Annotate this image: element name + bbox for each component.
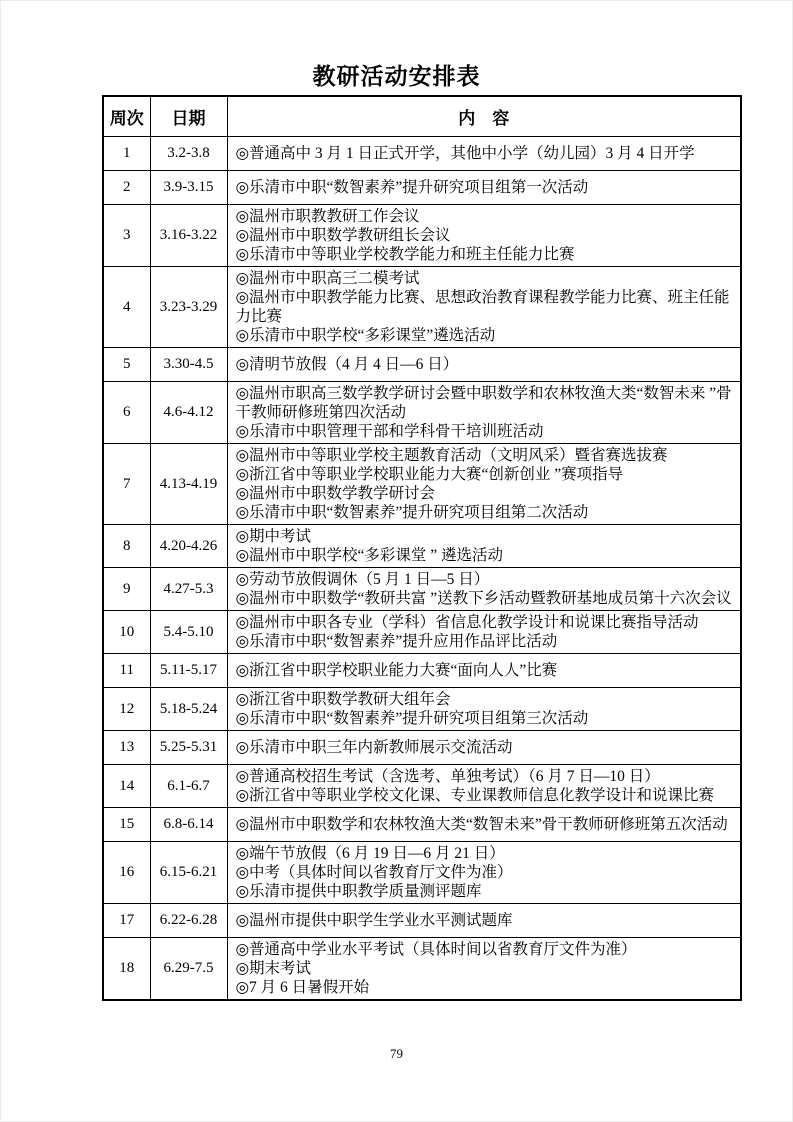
week-number-cell: 4 [103,267,150,348]
table-body: 1 3.2-3.8 ◎普通高中 3 月 1 日正式开学，其他中小学（幼儿园）3 … [103,137,741,1001]
content-cell: ◎温州市中职各专业（学科）省信息化教学设计和说课比赛指导活动◎乐清市中职“数智素… [227,611,741,654]
date-range-cell: 4.13-4.19 [150,444,227,525]
content-line: ◎浙江省中等职业学校职业能力大赛“创新创业 ”赛项指导 [236,465,735,484]
header-date: 日期 [150,96,227,137]
content-line: ◎普通高中 3 月 1 日正式开学，其他中小学（幼儿园）3 月 4 日开学 [236,144,735,163]
content-line: ◎温州市中职数学教学研讨会 [236,484,735,503]
week-number-cell: 5 [103,348,150,382]
content-line: ◎端午节放假（6 月 19 日—6 月 21 日） [236,844,735,863]
content-cell: ◎普通高中学业水平考试（具体时间以省教育厅文件为准）◎期末考试◎7 月 6 日暑… [227,938,741,1001]
date-range-cell: 3.2-3.8 [150,137,227,171]
page-number: 79 [0,1046,793,1062]
week-number-cell: 2 [103,171,150,205]
date-range-cell: 5.18-5.24 [150,688,227,731]
header-content: 内 容 [227,96,741,137]
table-row: 6 4.6-4.12 ◎温州市职高三数学教学研讨会暨中职数学和农林牧渔大类“数智… [103,382,741,444]
content-line: ◎乐清市提供中职教学质量测评题库 [236,882,735,901]
week-number-cell: 10 [103,611,150,654]
content-line: ◎温州市提供中职学生学业水平测试题库 [236,911,735,930]
content-line: ◎温州市中职数学教研组长会议 [236,226,735,245]
content-cell: ◎温州市中等职业学校主题教育活动（文明风采）暨省赛选拔赛◎浙江省中等职业学校职业… [227,444,741,525]
header-week: 周次 [103,96,150,137]
content-line: ◎中考（具体时间以省教育厅文件为准） [236,863,735,882]
content-cell: ◎期中考试◎温州市中职学校“多彩课堂 ” 遴选活动 [227,525,741,568]
week-number-cell: 9 [103,568,150,611]
date-range-cell: 3.23-3.29 [150,267,227,348]
table-row: 1 3.2-3.8 ◎普通高中 3 月 1 日正式开学，其他中小学（幼儿园）3 … [103,137,741,171]
table-row: 8 4.20-4.26 ◎期中考试◎温州市中职学校“多彩课堂 ” 遴选活动 [103,525,741,568]
content-line: ◎温州市中职教学能力比赛、思想政治教育课程教学能力比赛、班主任能力比赛 [236,288,735,326]
content-line: ◎乐清市中职“数智素养”提升研究项目组第一次活动 [236,178,735,197]
content-cell: ◎温州市职高三数学教学研讨会暨中职数学和农林牧渔大类“数智未来 ”骨干教师研修班… [227,382,741,444]
content-line: ◎乐清市中职学校“多彩课堂”遴选活动 [236,326,735,345]
week-number-cell: 1 [103,137,150,171]
content-line: ◎乐清市中职管理干部和学科骨干培训班活动 [236,422,735,441]
content-line: ◎乐清市中职“数智素养”提升研究项目组第三次活动 [236,709,735,728]
table-row: 7 4.13-4.19 ◎温州市中等职业学校主题教育活动（文明风采）暨省赛选拔赛… [103,444,741,525]
table-row: 13 5.25-5.31 ◎乐清市中职三年内新教师展示交流活动 [103,731,741,765]
date-range-cell: 6.8-6.14 [150,808,227,842]
date-range-cell: 6.29-7.5 [150,938,227,1001]
document-page: 教研活动安排表 周次 日期 内 容 1 3.2-3.8 ◎普通高中 3 月 1 … [0,0,793,1122]
content-line: ◎期末考试 [236,959,735,978]
date-range-cell: 4.20-4.26 [150,525,227,568]
date-range-cell: 5.11-5.17 [150,654,227,688]
header-row: 周次 日期 内 容 [103,96,741,137]
content-line: ◎浙江省中职学校职业能力大赛“面向人人”比赛 [236,661,735,680]
table-row: 16 6.15-6.21 ◎端午节放假（6 月 19 日—6 月 21 日）◎中… [103,842,741,904]
week-number-cell: 17 [103,904,150,938]
content-cell: ◎温州市职教教研工作会议◎温州市中职数学教研组长会议◎乐清市中等职业学校教学能力… [227,205,741,267]
table-row: 9 4.27-5.3 ◎劳动节放假调休（5 月 1 日—5 日）◎温州市中职数学… [103,568,741,611]
content-line: ◎乐清市中职“数智素养”提升研究项目组第二次活动 [236,503,735,522]
content-line: ◎乐清市中等职业学校教学能力和班主任能力比赛 [236,245,735,264]
content-line: ◎温州市职高三数学教学研讨会暨中职数学和农林牧渔大类“数智未来 ”骨干教师研修班… [236,384,735,422]
content-cell: ◎普通高中 3 月 1 日正式开学，其他中小学（幼儿园）3 月 4 日开学 [227,137,741,171]
table-row: 4 3.23-3.29 ◎温州市中职高三二模考试◎温州市中职教学能力比赛、思想政… [103,267,741,348]
page-title: 教研活动安排表 [0,58,793,91]
week-number-cell: 12 [103,688,150,731]
content-line: ◎7 月 6 日暑假开始 [236,978,735,997]
content-line: ◎乐清市中职三年内新教师展示交流活动 [236,738,735,757]
content-line: ◎乐清市中职“数智素养”提升应用作品评比活动 [236,632,735,651]
content-cell: ◎温州市提供中职学生学业水平测试题库 [227,904,741,938]
date-range-cell: 6.15-6.21 [150,842,227,904]
table-row: 11 5.11-5.17 ◎浙江省中职学校职业能力大赛“面向人人”比赛 [103,654,741,688]
date-range-cell: 6.1-6.7 [150,765,227,808]
table-row: 12 5.18-5.24 ◎浙江省中职数学教研大组年会◎乐清市中职“数智素养”提… [103,688,741,731]
table-row: 5 3.30-4.5 ◎清明节放假（4 月 4 日—6 日） [103,348,741,382]
date-range-cell: 5.25-5.31 [150,731,227,765]
content-line: ◎普通高校招生考试（含选考、单独考试）（6 月 7 日—10 日） [236,767,735,786]
content-line: ◎温州市中职高三二模考试 [236,269,735,288]
week-number-cell: 6 [103,382,150,444]
date-range-cell: 3.16-3.22 [150,205,227,267]
content-line: ◎劳动节放假调休（5 月 1 日—5 日） [236,570,735,589]
content-line: ◎浙江省中职数学教研大组年会 [236,690,735,709]
content-line: ◎温州市中职数学“教研共富 ”送教下乡活动暨教研基地成员第十六次会议 [236,589,735,608]
content-cell: ◎普通高校招生考试（含选考、单独考试）（6 月 7 日—10 日）◎浙江省中等职… [227,765,741,808]
week-number-cell: 16 [103,842,150,904]
content-cell: ◎浙江省中职数学教研大组年会◎乐清市中职“数智素养”提升研究项目组第三次活动 [227,688,741,731]
content-line: ◎温州市中等职业学校主题教育活动（文明风采）暨省赛选拔赛 [236,446,735,465]
table-row: 2 3.9-3.15 ◎乐清市中职“数智素养”提升研究项目组第一次活动 [103,171,741,205]
week-number-cell: 8 [103,525,150,568]
week-number-cell: 7 [103,444,150,525]
week-number-cell: 18 [103,938,150,1001]
content-line: ◎期中考试 [236,527,735,546]
table-row: 14 6.1-6.7 ◎普通高校招生考试（含选考、单独考试）（6 月 7 日—1… [103,765,741,808]
schedule-table: 周次 日期 内 容 1 3.2-3.8 ◎普通高中 3 月 1 日正式开学，其他… [102,95,742,1001]
content-line: ◎温州市中职各专业（学科）省信息化教学设计和说课比赛指导活动 [236,613,735,632]
week-number-cell: 11 [103,654,150,688]
content-cell: ◎端午节放假（6 月 19 日—6 月 21 日）◎中考（具体时间以省教育厅文件… [227,842,741,904]
week-number-cell: 3 [103,205,150,267]
content-cell: ◎浙江省中职学校职业能力大赛“面向人人”比赛 [227,654,741,688]
table-row: 17 6.22-6.28 ◎温州市提供中职学生学业水平测试题库 [103,904,741,938]
date-range-cell: 5.4-5.10 [150,611,227,654]
table-row: 3 3.16-3.22 ◎温州市职教教研工作会议◎温州市中职数学教研组长会议◎乐… [103,205,741,267]
table-row: 10 5.4-5.10 ◎温州市中职各专业（学科）省信息化教学设计和说课比赛指导… [103,611,741,654]
table-row: 15 6.8-6.14 ◎温州市中职数学和农林牧渔大类“数智未来”骨干教师研修班… [103,808,741,842]
date-range-cell: 4.27-5.3 [150,568,227,611]
content-cell: ◎乐清市中职三年内新教师展示交流活动 [227,731,741,765]
content-line: ◎普通高中学业水平考试（具体时间以省教育厅文件为准） [236,940,735,959]
content-line: ◎清明节放假（4 月 4 日—6 日） [236,355,735,374]
content-cell: ◎乐清市中职“数智素养”提升研究项目组第一次活动 [227,171,741,205]
content-line: ◎浙江省中等职业学校文化课、专业课教师信息化教学设计和说课比赛 [236,786,735,805]
date-range-cell: 4.6-4.12 [150,382,227,444]
content-cell: ◎劳动节放假调休（5 月 1 日—5 日）◎温州市中职数学“教研共富 ”送教下乡… [227,568,741,611]
week-number-cell: 14 [103,765,150,808]
content-line: ◎温州市中职学校“多彩课堂 ” 遴选活动 [236,546,735,565]
week-number-cell: 13 [103,731,150,765]
week-number-cell: 15 [103,808,150,842]
content-line: ◎温州市中职数学和农林牧渔大类“数智未来”骨干教师研修班第五次活动 [236,815,735,834]
table-row: 18 6.29-7.5 ◎普通高中学业水平考试（具体时间以省教育厅文件为准）◎期… [103,938,741,1001]
content-cell: ◎温州市中职高三二模考试◎温州市中职教学能力比赛、思想政治教育课程教学能力比赛、… [227,267,741,348]
content-cell: ◎温州市中职数学和农林牧渔大类“数智未来”骨干教师研修班第五次活动 [227,808,741,842]
date-range-cell: 3.9-3.15 [150,171,227,205]
content-cell: ◎清明节放假（4 月 4 日—6 日） [227,348,741,382]
date-range-cell: 3.30-4.5 [150,348,227,382]
content-line: ◎温州市职教教研工作会议 [236,207,735,226]
date-range-cell: 6.22-6.28 [150,904,227,938]
